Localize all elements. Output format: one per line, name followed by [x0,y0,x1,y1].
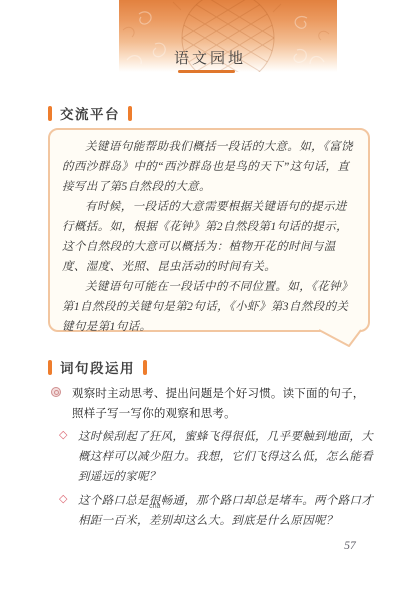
section-bar-icon [48,360,52,375]
diamond-bullet-icon: ◇ [59,492,67,505]
pinyin-annotation: chà [149,503,161,510]
list-item: ◇ 这时候刮起了狂风，蜜蜂飞得很低，几乎要触到地面，大概这样可以减少阻力。我想，… [59,427,374,487]
bubble-paragraph: 关键语句可能在一段话中的不同位置。如，《花钟》第1自然段的关键句是第2句话，《小… [62,277,356,337]
speech-bubble-tail [318,329,368,351]
page-title: 语文园地 [48,47,372,68]
section-label: 词句段运用 [60,357,135,377]
ruby-base-char: 差 [149,515,161,527]
title-underline [178,70,235,73]
exercise-intro: 观察时主动思考、提出问题是个好习惯。读下面的句子，照样子写一写你的观察和思考。 [51,384,372,424]
diamond-bullet-icon: ◇ [59,428,67,441]
section-bar-icon [143,360,147,375]
list-item: ◇ 这个路口总是很畅通，那个路口却总是堵车。两个路口才相距一百米，chà差别却这… [59,491,374,531]
textbook-page: 语文园地 交流平台 关键语句能帮助我们概括一段话的大意。如，《富饶的西沙群岛》中… [0,0,415,592]
speech-bubble: 关键语句能帮助我们概括一段话的大意。如，《富饶的西沙群岛》中的“西沙群岛也是鸟的… [48,128,370,332]
section-label: 交流平台 [60,103,120,123]
spiral-circle-icon [51,387,61,397]
bubble-paragraph: 关键语句能帮助我们概括一段话的大意。如，《富饶的西沙群岛》中的“西沙群岛也是鸟的… [62,137,356,197]
list-item-text: 这个路口总是很畅通，那个路口却总是堵车。两个路口才相距一百米，chà差别却这么大… [78,491,374,531]
section-bar-icon [48,106,52,121]
bubble-paragraph: 有时候，一段话的大意需要根据关键语句的提示进行概括。如，根据《花钟》第2自然段第… [62,197,356,277]
section-header-exchange-platform: 交流平台 [48,103,132,123]
exercise-intro-text: 观察时主动思考、提出问题是个好习惯。读下面的句子，照样子写一写你的观察和思考。 [72,384,372,424]
list-item-text: 这时候刮起了狂风，蜜蜂飞得很低，几乎要触到地面，大概这样可以减少阻力。我想，它们… [78,427,374,487]
ruby-annotated-char: chà差 [149,511,161,531]
page-number: 57 [330,540,370,552]
section-header-word-sentence-use: 词句段运用 [48,357,147,377]
item-text-after: 别却这么大。到底是什么原因呢？ [161,515,338,527]
section-bar-icon [128,106,132,121]
